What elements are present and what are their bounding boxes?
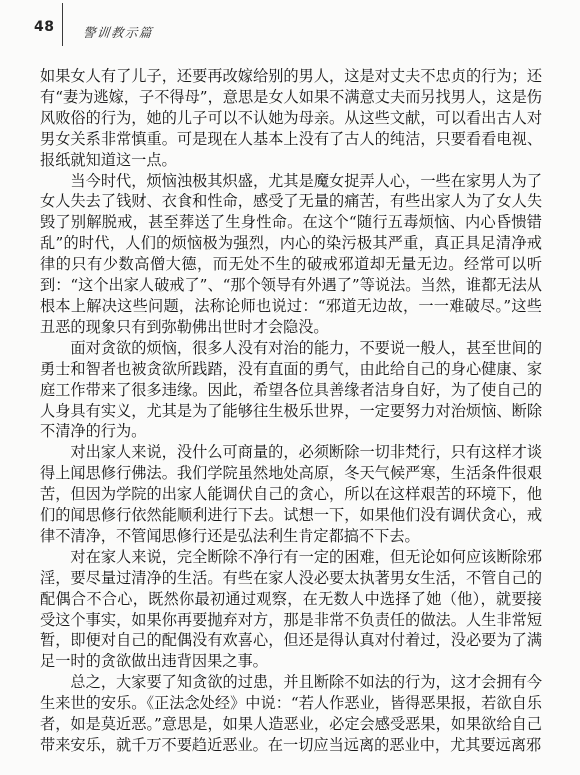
paragraph: 总之，大家要了知贪欲的过患，并且断除不如法的行为，这才会拥有今生来世的安乐。《正… — [40, 672, 542, 756]
paragraph: 如果女人有了儿子，还要再改嫁给别的男人，这是对丈夫不忠贞的行为；还有“妻为逃嫁，… — [40, 66, 542, 171]
page-body-text: 如果女人有了儿子，还要再改嫁给别的男人，这是对丈夫不忠贞的行为；还有“妻为逃嫁，… — [40, 66, 542, 756]
page-number: 48 — [34, 19, 54, 35]
paragraph: 对出家人来说，没什么可商量的，必须断除一切非梵行，只有这样才谈得上闻思修行佛法。… — [40, 442, 542, 547]
paragraph: 对在家人来说，完全断除不净行有一定的困难，但无论如何应该断除邪淫，要尽量过清净的… — [40, 547, 542, 672]
paragraph: 当今时代，烦恼浊极其炽盛，尤其是魔女捉弄人心，一些在家男人为了女人失去了钱财、衣… — [40, 171, 542, 338]
header-divider — [62, 3, 63, 46]
running-head: 48 警训教示篇 — [0, 0, 580, 50]
paragraph: 面对贪欲的烦恼，很多人没有对治的能力，不要说一般人，甚至世间的勇士和智者也被贪欲… — [40, 338, 542, 443]
chapter-title: 警训教示篇 — [82, 23, 154, 41]
book-page: 48 警训教示篇 如果女人有了儿子，还要再改嫁给别的男人，这是对丈夫不忠贞的行为… — [0, 0, 580, 775]
